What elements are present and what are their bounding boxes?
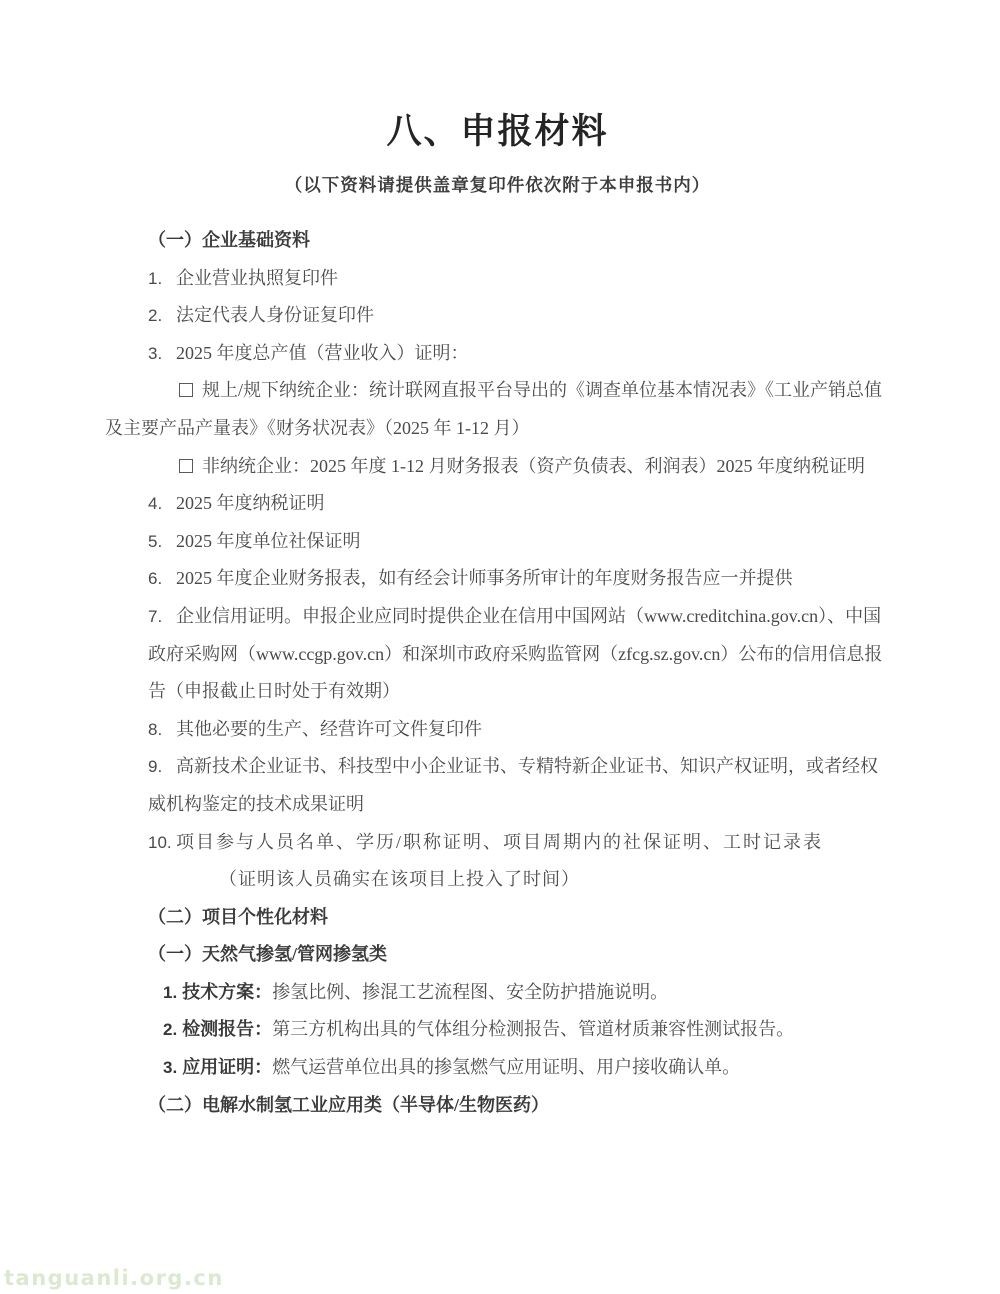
list-item: 1.企业营业执照复印件 bbox=[148, 260, 890, 298]
item-text: 企业营业执照复印件 bbox=[176, 268, 338, 288]
watermark: tanguanli.org.cn bbox=[4, 1266, 224, 1290]
category-heading-electrolysis: （二）电解水制氢工业应用类（半导体/生物医药） bbox=[148, 1087, 890, 1125]
item-text: 2025 年度企业财务报表，如有经会计师事务所审计的年度财务报告应一并提供 bbox=[176, 568, 793, 588]
document-page: 八、申报材料 （以下资料请提供盖章复印件依次附于本申报书内） （一）企业基础资料… bbox=[0, 0, 1000, 1294]
item-text: 2025 年度单位社保证明 bbox=[176, 531, 361, 551]
page-title: 八、申报材料 bbox=[105, 110, 890, 154]
list-item: 9.高新技术企业证书、科技型中小企业证书、专精特新企业证书、知识产权证明，或者经… bbox=[148, 748, 890, 823]
category-heading-gas: （一）天然气掺氢/管网掺氢类 bbox=[148, 936, 890, 974]
sub-item-label: 技术方案： bbox=[182, 982, 272, 1002]
checkbox-option: 规上/规下纳统企业：统计联网直报平台导出的《调查单位基本情况表》《工业产销总值及… bbox=[105, 372, 890, 447]
page-subtitle: （以下资料请提供盖章复印件依次附于本申报书内） bbox=[105, 170, 890, 200]
item-text-continuation: （证明该人员确实在该项目上投入了时间） bbox=[219, 861, 890, 899]
sub-list-item: 3.应用证明：燃气运营单位出具的掺氢燃气应用证明、用户接收确认单。 bbox=[163, 1049, 890, 1087]
item-number: 2. bbox=[148, 297, 176, 335]
sub-item-number: 1. bbox=[163, 983, 177, 1002]
sub-item-number: 2. bbox=[163, 1020, 177, 1039]
list-item: 3.2025 年度总产值（营业收入）证明： bbox=[148, 335, 890, 373]
list-item: 4.2025 年度纳税证明 bbox=[148, 485, 890, 523]
list-item: 10.项目参与人员名单、学历/职称证明、项目周期内的社保证明、工时记录表 （证明… bbox=[148, 824, 890, 899]
checkbox-icon bbox=[179, 383, 193, 397]
list-item: 7.企业信用证明。申报企业应同时提供企业在信用中国网站（www.creditch… bbox=[148, 598, 890, 711]
item-number: 6. bbox=[148, 560, 176, 598]
item-number: 10. bbox=[148, 824, 176, 862]
item-number: 8. bbox=[148, 711, 176, 749]
checkbox-option: 非纳统企业：2025 年度 1-12 月财务报表（资产负债表、利润表）2025 … bbox=[105, 448, 890, 486]
sub-item-number: 3. bbox=[163, 1058, 177, 1077]
section-heading-basic: （一）企业基础资料 bbox=[148, 222, 890, 260]
item-number: 9. bbox=[148, 748, 176, 786]
list-item: 6.2025 年度企业财务报表，如有经会计师事务所审计的年度财务报告应一并提供 bbox=[148, 560, 890, 598]
item-number: 1. bbox=[148, 260, 176, 298]
item-text: 法定代表人身份证复印件 bbox=[176, 305, 374, 325]
sub-item-text: 燃气运营单位出具的掺氢燃气应用证明、用户接收确认单。 bbox=[272, 1057, 740, 1077]
list-item: 5.2025 年度单位社保证明 bbox=[148, 523, 890, 561]
checkbox-icon bbox=[179, 459, 193, 473]
list-item: 8.其他必要的生产、经营许可文件复印件 bbox=[148, 711, 890, 749]
item-text: 企业信用证明。申报企业应同时提供企业在信用中国网站（www.creditchin… bbox=[148, 606, 882, 701]
sub-item-text: 掺氢比例、掺混工艺流程图、安全防护措施说明。 bbox=[272, 982, 668, 1002]
item-number: 3. bbox=[148, 335, 176, 373]
sub-item-text: 第三方机构出具的气体组分检测报告、管道材质兼容性测试报告。 bbox=[272, 1019, 794, 1039]
item-text: 2025 年度总产值（营业收入）证明： bbox=[176, 343, 469, 363]
item-number: 7. bbox=[148, 598, 176, 636]
sub-list-item: 1.技术方案：掺氢比例、掺混工艺流程图、安全防护措施说明。 bbox=[163, 974, 890, 1012]
sub-list-item: 2.检测报告：第三方机构出具的气体组分检测报告、管道材质兼容性测试报告。 bbox=[163, 1011, 890, 1049]
item-text: 2025 年度纳税证明 bbox=[176, 493, 325, 513]
item-text: 项目参与人员名单、学历/职称证明、项目周期内的社保证明、工时记录表 bbox=[176, 832, 823, 852]
item-text: 高新技术企业证书、科技型中小企业证书、专精特新企业证书、知识产权证明，或者经权威… bbox=[148, 756, 878, 814]
sub-item-label: 应用证明： bbox=[182, 1057, 272, 1077]
item-number: 5. bbox=[148, 523, 176, 561]
sub-item-label: 检测报告： bbox=[182, 1019, 272, 1039]
option-text: 非纳统企业：2025 年度 1-12 月财务报表（资产负债表、利润表）2025 … bbox=[202, 456, 865, 476]
item-number: 4. bbox=[148, 485, 176, 523]
section-heading-custom: （二）项目个性化材料 bbox=[148, 899, 890, 937]
list-item: 2.法定代表人身份证复印件 bbox=[148, 297, 890, 335]
option-text: 规上/规下纳统企业：统计联网直报平台导出的《调查单位基本情况表》《工业产销总值及… bbox=[105, 380, 882, 438]
item-text: 其他必要的生产、经营许可文件复印件 bbox=[176, 719, 482, 739]
